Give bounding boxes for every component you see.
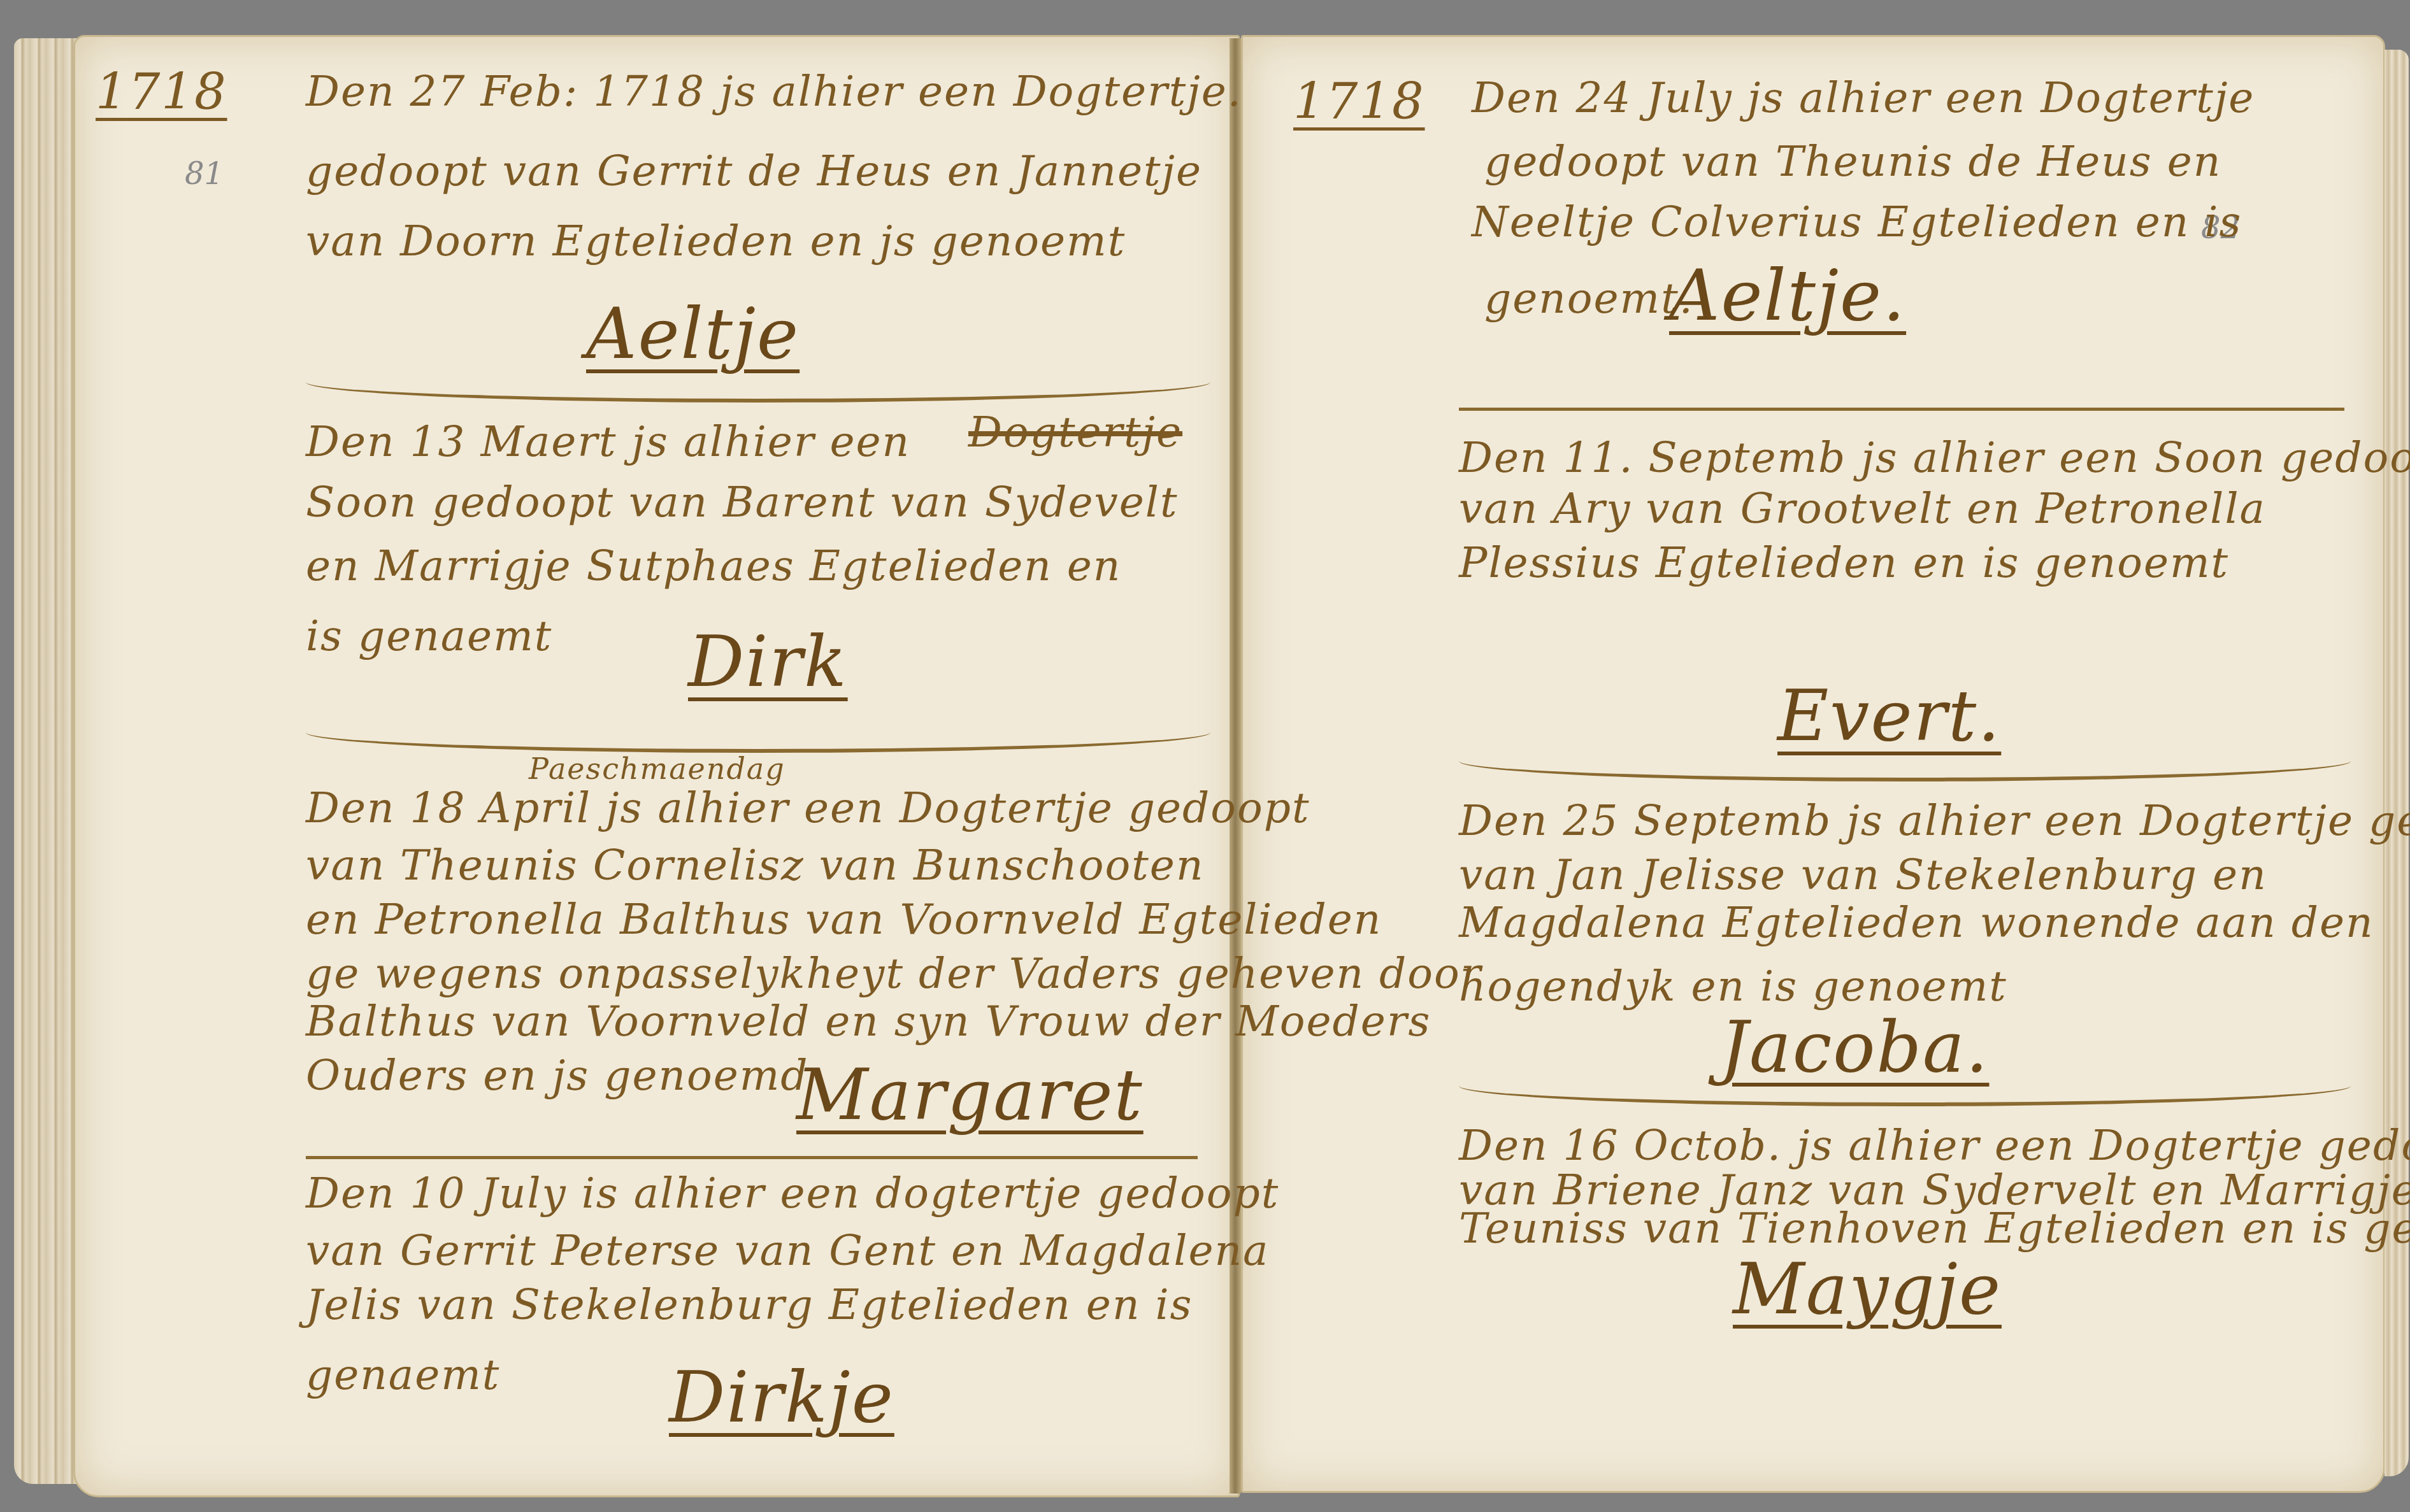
left-entry-3-line-3: en Petronella Balthus van Voornveld Egte… [306,895,1382,944]
right-entry-1-line-2: gedoopt van Theunis de Heus en [1484,137,2221,186]
right-rule-1 [1459,408,2344,411]
right-entry-1-line-3: Neeltje Colverius Egtelieden en is [1472,197,2242,246]
left-entry-3-line-5: Balthus van Voornveld en syn Vrouw der M… [306,997,1431,1046]
left-entry-1-line-3: van Doorn Egtelieden en js genoemt [306,217,1126,266]
left-folio-number: 81 [185,156,224,192]
left-entry-3-line-2: van Theunis Cornelisz van Bunschooten [306,841,1204,890]
right-entry-3-line-3: Magdalena Egtelieden wonende aan den [1459,898,2374,947]
left-year: 1718 [96,64,227,121]
book-gutter [1230,38,1241,1494]
right-entry-1-line-1: Den 24 July js alhier een Dogtertje [1472,73,2255,122]
left-entry-2-child-name: Dirk [688,621,848,703]
left-entry-2-line-2: Soon gedoopt van Barent van Sydevelt [306,478,1178,527]
left-entry-4-line-2: van Gerrit Peterse van Gent en Magdalena [306,1226,1269,1275]
left-entry-4-child-name: Dirkje [669,1357,894,1438]
right-entry-4-line-1: Den 16 Octob. js alhier een Dogtertje ge… [1459,1121,2410,1170]
left-entry-3-line-4: ge wegens onpasselykheyt der Vaders gehe… [306,949,1482,998]
right-entry-2-line-3: Plessius Egtelieden en is genoemt [1459,538,2229,587]
right-entry-3-line-4: hogendyk en is genoemt [1459,962,2007,1011]
right-entry-3-line-2: van Jan Jelisse van Stekelenburg en [1459,850,2267,899]
left-entry-3-line-6: Ouders en js genoemd [306,1051,809,1100]
right-entry-1-line-4: genoemt. [1484,274,1694,323]
right-entry-3-child-name: Jacoba. [1720,1006,1989,1088]
left-entry-4-line-4: genaemt [306,1350,500,1399]
right-entry-4-line-3: Teuniss van Tienhoven Egtelieden en is g… [1459,1204,2410,1253]
left-rule-3 [306,1156,1198,1159]
left-entry-1-line-1: Den 27 Feb: 1718 js alhier een Dogtertje… [306,67,1242,116]
left-entry-1-line-2: gedoopt van Gerrit de Heus en Jannetje [306,146,1202,196]
right-entry-4-child-name: Maygje [1733,1248,2002,1330]
left-entry-2-struck-word: Dogtertje [968,408,1182,457]
right-entry-2-child-name: Evert. [1777,675,2001,757]
left-entry-4-line-1: Den 10 July is alhier een dogtertje gedo… [306,1169,1279,1218]
left-entry-2-line-1: Den 13 Maert js alhier een [306,417,910,466]
left-entry-4-line-3: Jelis van Stekelenburg Egtelieden en is [306,1280,1193,1329]
left-entry-3-child-name: Margaret [796,1054,1144,1136]
right-entry-3-line-1: Den 25 Septemb js alhier een Dogtertje g… [1459,796,2410,845]
left-entry-2-line-3: en Marrigje Sutphaes Egtelieden en [306,541,1121,590]
left-entry-3-line-1: Den 18 April js alhier een Dogtertje ged… [306,783,1310,832]
right-year: 1718 [1293,73,1425,131]
right-entry-2-line-1: Den 11. Septemb js alhier een Soon gedoo… [1459,433,2410,482]
right-entry-2-line-2: van Ary van Grootvelt en Petronella [1459,484,2266,533]
left-entry-1-child-name: Aeltje [586,293,800,374]
right-entry-1-child-name: Aeltje. [1669,255,1906,336]
left-entry-3-interlinear-note: Paeschmaendag [529,752,785,786]
left-entry-2-line-4: is genaemt [306,611,552,660]
